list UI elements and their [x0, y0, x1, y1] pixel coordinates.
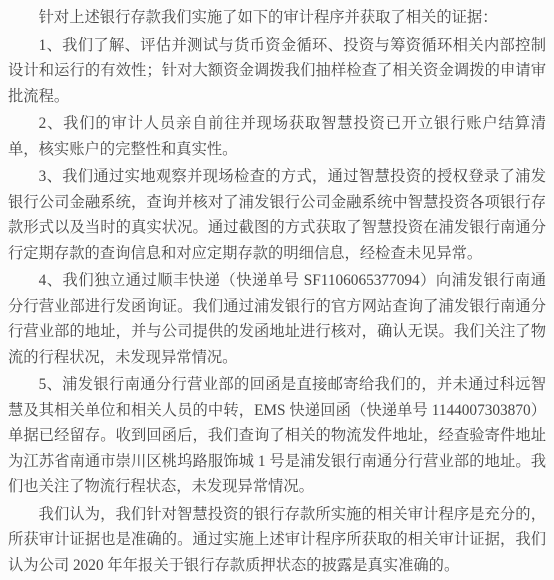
paragraph-7: 我们认为，我们针对智慧投资的银行存款所实施的相关审计程序是充分的，所获审计证据也… — [8, 502, 546, 579]
paragraph-1: 针对上述银行存款我们实施了如下的审计程序并获取了相关的证据： — [8, 5, 546, 31]
paragraph-5: 4、我们独立通过顺丰快递（快递单号 SF1106065377094）向浦发银行南… — [8, 268, 546, 370]
paragraph-4: 3、我们通过实地观察并现场检查的方式，通过智慧投资的授权登录了浦发银行公司金融系… — [8, 164, 546, 266]
document-body: 针对上述银行存款我们实施了如下的审计程序并获取了相关的证据：1、我们了解、评估并… — [8, 5, 546, 578]
paragraph-2: 1、我们了解、评估并测试与货币资金循环、投资与筹资循环相关内部控制设计和运行的有… — [8, 33, 546, 110]
document-page: 针对上述银行存款我们实施了如下的审计程序并获取了相关的证据：1、我们了解、评估并… — [0, 0, 554, 580]
paragraph-3: 2、我们的审计人员亲自前往并现场获取智慧投资已开立银行账户结算清单，核实账户的完… — [8, 111, 546, 162]
paragraph-6: 5、浦发银行南通分行营业部的回函是直接邮寄给我们的，并未通过科远智慧及其相关单位… — [8, 372, 546, 500]
